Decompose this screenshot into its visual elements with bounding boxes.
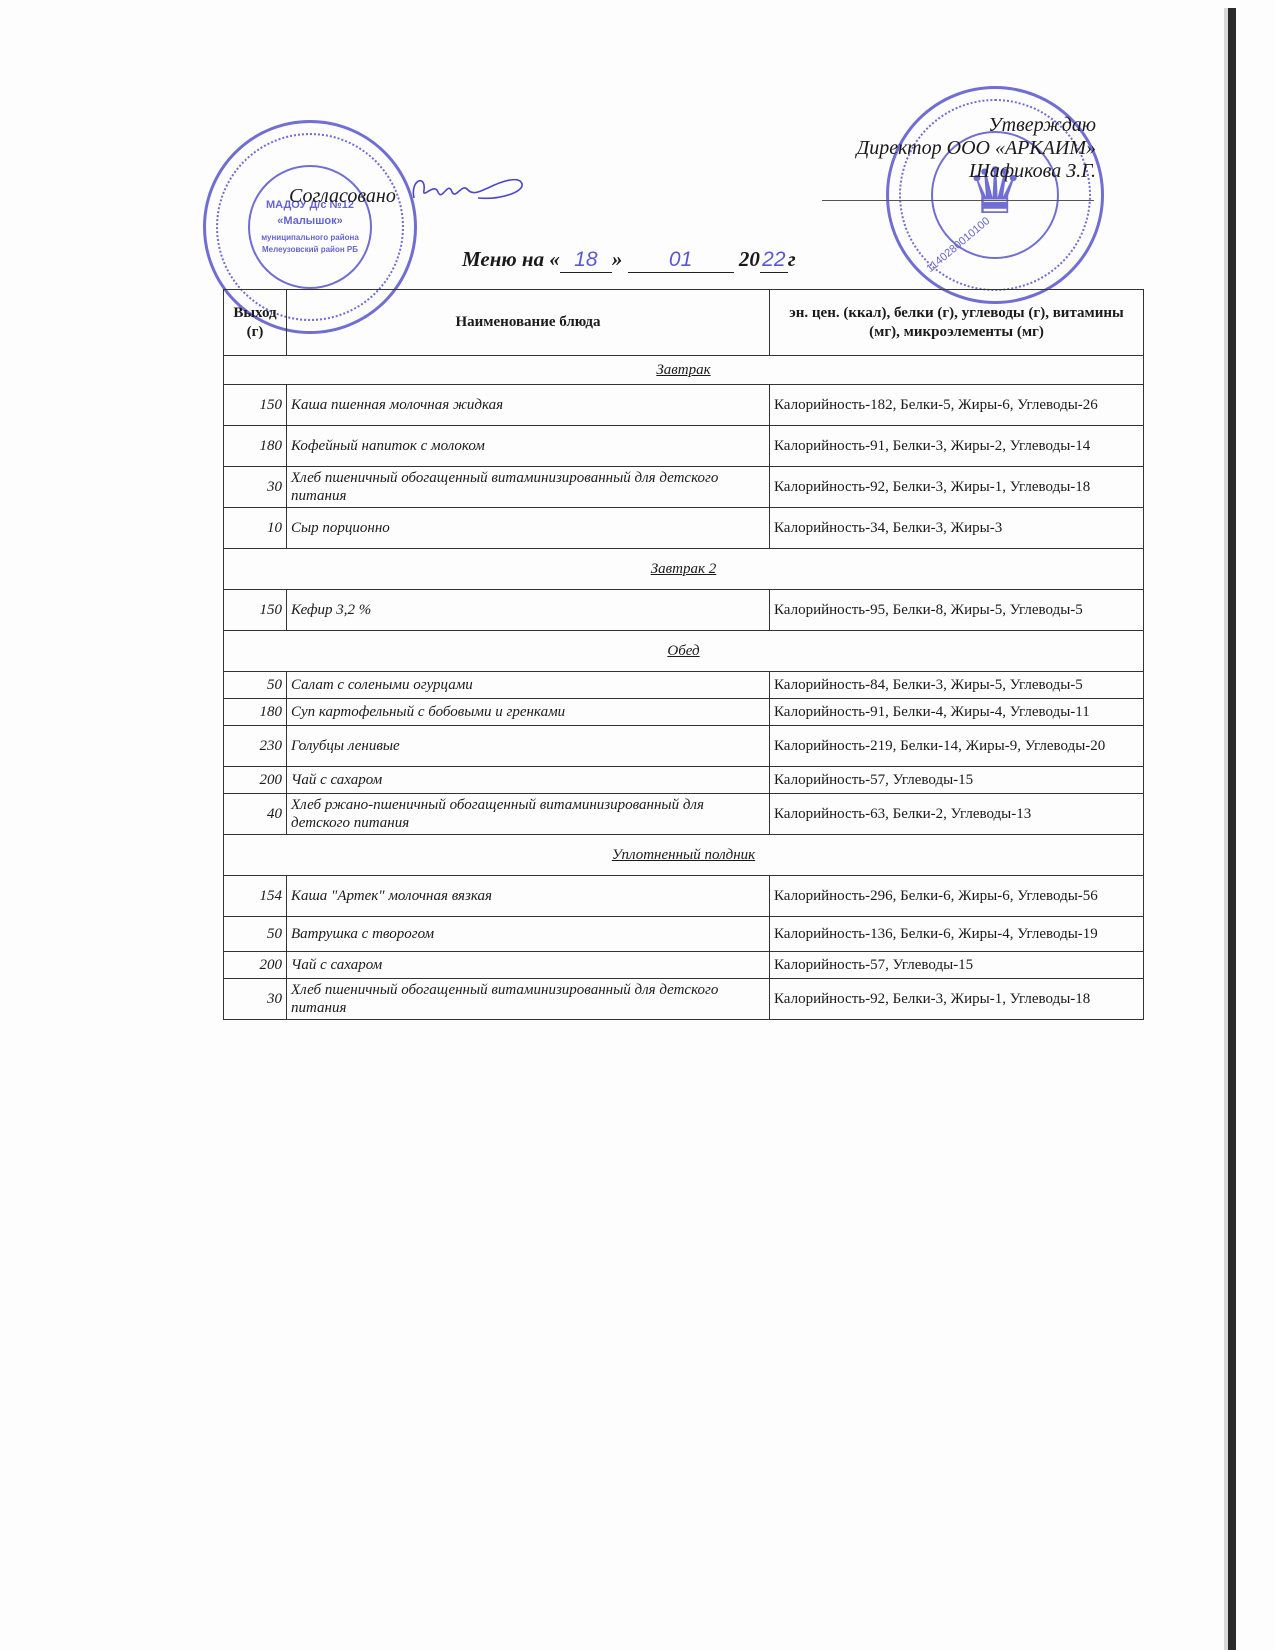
section-row: Завтрак 2 <box>224 549 1144 590</box>
stamp-inner-ring <box>248 165 372 289</box>
section-row: Завтрак <box>224 356 1144 385</box>
dish-cell: Суп картофельный с бобовыми и гренками <box>287 699 770 726</box>
nutrition-cell: Калорийность-95, Белки-8, Жиры-5, Углево… <box>770 590 1144 631</box>
signature-line <box>822 200 1094 201</box>
yield-cell: 10 <box>224 508 287 549</box>
section-row: Уплотненный полдник <box>224 835 1144 876</box>
table-body: Завтрак150Каша пшенная молочная жидкаяКа… <box>224 356 1144 1020</box>
nutrition-cell: Калорийность-92, Белки-3, Жиры-1, Углево… <box>770 467 1144 508</box>
table-row: 30Хлеб пшеничный обогащенный витаминизир… <box>224 467 1144 508</box>
yield-cell: 154 <box>224 876 287 917</box>
nutrition-cell: Калорийность-34, Белки-3, Жиры-3 <box>770 508 1144 549</box>
nutrition-cell: Калорийность-84, Белки-3, Жиры-5, Углево… <box>770 672 1144 699</box>
section-title: Обед <box>224 631 1144 672</box>
column-header-dish: Наименование блюда <box>287 290 770 356</box>
menu-day: 18 <box>560 248 612 273</box>
yield-cell: 150 <box>224 590 287 631</box>
table-row: 10Сыр порционноКалорийность-34, Белки-3,… <box>224 508 1144 549</box>
dish-cell: Сыр порционно <box>287 508 770 549</box>
nutrition-cell: Калорийность-136, Белки-6, Жиры-4, Углев… <box>770 917 1144 952</box>
dish-cell: Салат с солеными огурцами <box>287 672 770 699</box>
agreed-label: Согласовано <box>289 185 396 208</box>
nutrition-cell: Калорийность-92, Белки-3, Жиры-1, Углево… <box>770 979 1144 1020</box>
dish-cell: Каша "Артек" молочная вязкая <box>287 876 770 917</box>
dish-cell: Хлеб ржано-пшеничный обогащенный витамин… <box>287 794 770 835</box>
yield-cell: 200 <box>224 952 287 979</box>
table-row: 150Кефир 3,2 %Калорийность-95, Белки-8, … <box>224 590 1144 631</box>
dish-cell: Кефир 3,2 % <box>287 590 770 631</box>
yield-cell: 50 <box>224 672 287 699</box>
stamp-text: Мелеузовский район РБ <box>206 245 414 254</box>
yield-cell: 180 <box>224 699 287 726</box>
nutrition-cell: Калорийность-91, Белки-3, Жиры-2, Углево… <box>770 426 1144 467</box>
stamp-text: муниципального района <box>206 233 414 242</box>
section-title: Уплотненный полдник <box>224 835 1144 876</box>
menu-month: 01 <box>628 248 734 273</box>
yield-cell: 30 <box>224 979 287 1020</box>
yield-cell: 30 <box>224 467 287 508</box>
nutrition-cell: Калорийность-182, Белки-5, Жиры-6, Углев… <box>770 385 1144 426</box>
stamp-text: «Малышок» <box>206 215 414 227</box>
table-row: 200Чай с сахаромКалорийность-57, Углевод… <box>224 952 1144 979</box>
dish-cell: Каша пшенная молочная жидкая <box>287 385 770 426</box>
dish-cell: Ватрушка с творогом <box>287 917 770 952</box>
dish-cell: Кофейный напиток с молоком <box>287 426 770 467</box>
nutrition-cell: Калорийность-296, Белки-6, Жиры-6, Углев… <box>770 876 1144 917</box>
nutrition-cell: Калорийность-63, Белки-2, Углеводы-13 <box>770 794 1144 835</box>
section-title: Завтрак <box>224 356 1144 385</box>
menu-mid: » <box>612 247 623 271</box>
signature-icon <box>408 170 528 206</box>
table-row: 200Чай с сахаромКалорийность-57, Углевод… <box>224 767 1144 794</box>
dish-cell: Чай с сахаром <box>287 952 770 979</box>
yield-cell: 200 <box>224 767 287 794</box>
table-row: 154Каша "Артек" молочная вязкаяКалорийно… <box>224 876 1144 917</box>
nutrition-cell: Калорийность-57, Углеводы-15 <box>770 952 1144 979</box>
table-row: 230Голубцы ленивыеКалорийность-219, Белк… <box>224 726 1144 767</box>
nutrition-cell: Калорийность-57, Углеводы-15 <box>770 767 1144 794</box>
menu-year: 22 <box>760 248 788 273</box>
dish-cell: Чай с сахаром <box>287 767 770 794</box>
table-row: 150Каша пшенная молочная жидкаяКалорийно… <box>224 385 1144 426</box>
nutrition-cell: Калорийность-91, Белки-4, Жиры-4, Углево… <box>770 699 1144 726</box>
approve-line: Утверждаю <box>856 114 1096 137</box>
scan-edge-strip <box>1228 8 1236 1650</box>
dish-cell: Хлеб пшеничный обогащенный витаминизиров… <box>287 467 770 508</box>
yield-cell: 50 <box>224 917 287 952</box>
table-row: 180Кофейный напиток с молокомКалорийност… <box>224 426 1144 467</box>
column-header-nutrition: эн. цен. (ккал), белки (г), углеводы (г)… <box>770 290 1144 356</box>
table-row: 50Ватрушка с творогомКалорийность-136, Б… <box>224 917 1144 952</box>
section-row: Обед <box>224 631 1144 672</box>
section-title: Завтрак 2 <box>224 549 1144 590</box>
approve-line: Шафикова З.Г. <box>856 160 1096 183</box>
dish-cell: Хлеб пшеничный обогащенный витаминизиров… <box>287 979 770 1020</box>
table-header-row: Выход (г) Наименование блюда эн. цен. (к… <box>224 290 1144 356</box>
menu-prefix: Меню на « <box>462 247 560 271</box>
table-row: 30Хлеб пшеничный обогащенный витаминизир… <box>224 979 1144 1020</box>
menu-year-prefix: 20 <box>739 247 760 271</box>
table-row: 40Хлеб ржано-пшеничный обогащенный витам… <box>224 794 1144 835</box>
yield-cell: 150 <box>224 385 287 426</box>
yield-cell: 230 <box>224 726 287 767</box>
menu-suffix: г <box>788 247 796 271</box>
nutrition-cell: Калорийность-219, Белки-14, Жиры-9, Угле… <box>770 726 1144 767</box>
table-row: 180Суп картофельный с бобовыми и гренкам… <box>224 699 1144 726</box>
approve-line: Директор ООО «АРКАИМ» <box>856 137 1096 160</box>
menu-table: Выход (г) Наименование блюда эн. цен. (к… <box>223 289 1144 1020</box>
yield-cell: 180 <box>224 426 287 467</box>
menu-title: Меню на «18» 01 2022г <box>462 247 796 273</box>
approval-block: Утверждаю Директор ООО «АРКАИМ» Шафикова… <box>856 114 1096 183</box>
dish-cell: Голубцы ленивые <box>287 726 770 767</box>
column-header-yield: Выход (г) <box>224 290 287 356</box>
table-row: 50Салат с солеными огурцамиКалорийность-… <box>224 672 1144 699</box>
yield-cell: 40 <box>224 794 287 835</box>
